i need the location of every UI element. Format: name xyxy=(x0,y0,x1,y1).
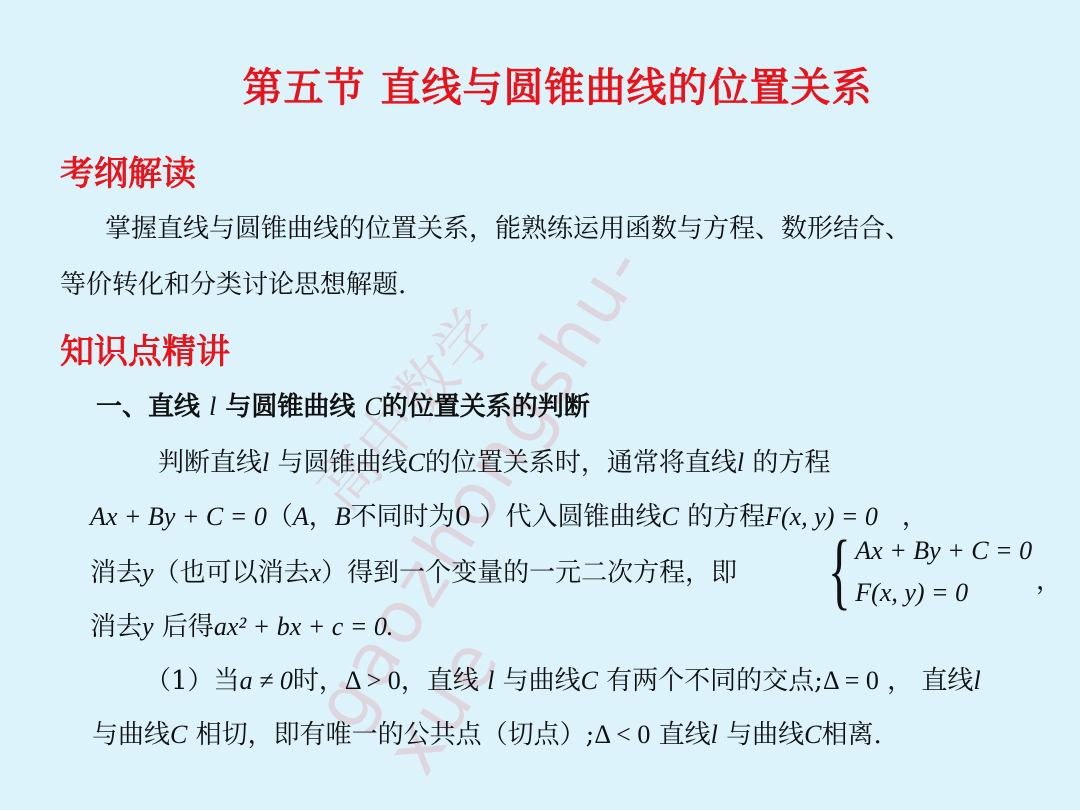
discriminant-zero: Δ = 0 xyxy=(823,666,879,695)
section-heading-knowledge: 知识点精讲 xyxy=(60,324,230,373)
text: 不同时为0 ） xyxy=(351,502,506,532)
condition: a ≠ 0 xyxy=(240,666,293,695)
text: 相切，即有唯一的公共点（切点）; xyxy=(187,720,594,750)
paragraph-2: Ax + By + C = 0（A，B不同时为0 ）代入圆锥曲线C 的方程F(x… xyxy=(90,496,928,533)
text: ， xyxy=(309,502,335,532)
var-y: y xyxy=(142,558,154,587)
text: ，直线 xyxy=(401,666,487,696)
quadratic-equation: ax² + bx + c = 0. xyxy=(214,612,394,641)
slide-title: 第五节 直线与圆锥曲线的位置关系 xyxy=(0,56,1080,113)
var-C: C xyxy=(364,392,381,421)
paragraph-4: 消去y 后得ax² + bx + c = 0. xyxy=(90,606,393,643)
var-A: A xyxy=(293,502,309,531)
text: ， 直线 xyxy=(879,666,974,696)
text: 与圆锥曲线 xyxy=(269,448,407,478)
text: ， xyxy=(902,502,928,532)
text: （1） xyxy=(145,666,214,696)
section-heading-syllabus: 考纲解读 xyxy=(60,146,196,195)
text: 相离. xyxy=(821,720,881,750)
paragraph-3: 消去y（也可以消去x）得到一个变量的一元二次方程，即 xyxy=(90,552,737,589)
text: 判断直线 xyxy=(158,448,262,478)
text: 与曲线 xyxy=(494,666,580,696)
var-l: l xyxy=(973,666,980,695)
var-B: B xyxy=(335,502,351,531)
discriminant-positive: Δ > 0 xyxy=(345,666,401,695)
text: 直线 xyxy=(650,720,710,750)
var-C: C xyxy=(804,720,821,749)
text: 的方程 xyxy=(679,502,765,532)
subheading-text: 与圆锥曲线 xyxy=(216,392,364,422)
system-eq-1: Ax + By + C = 0 xyxy=(855,530,1032,572)
subheading-text: 的位置关系的判断 xyxy=(382,392,590,422)
text: 消去 xyxy=(90,558,142,588)
paragraph-6: 与曲线C 相切，即有唯一的公共点（切点）;Δ < 0 直线l 与曲线C相离. xyxy=(92,714,882,751)
var-C: C xyxy=(661,502,678,531)
text: 的方程 xyxy=(744,448,830,478)
text: 时， xyxy=(293,666,345,696)
text: 的位置关系时，通常将直线 xyxy=(425,448,737,478)
line-equation: Ax + By + C = 0 xyxy=(90,502,267,531)
text: 当 xyxy=(214,666,240,696)
comma: ， xyxy=(1036,560,1062,597)
slide: gaozhongshu-xue 高中数学 第五节 直线与圆锥曲线的位置关系 考纲… xyxy=(0,0,1080,810)
text: 与曲线 xyxy=(718,720,804,750)
paragraph-1: 判断直线l 与圆锥曲线C的位置关系时，通常将直线l 的方程 xyxy=(158,442,830,479)
paragraph-5: （1）当a ≠ 0时，Δ > 0，直线 l 与曲线C 有两个不同的交点;Δ = … xyxy=(145,660,981,697)
var-l: l xyxy=(711,720,718,749)
discriminant-negative: Δ < 0 xyxy=(594,720,650,749)
var-C: C xyxy=(170,720,187,749)
brace-icon: { xyxy=(828,530,851,614)
syllabus-line-2: 等价转化和分类讨论思想解题. xyxy=(60,264,406,301)
subheading-judgement: 一、直线 l 与圆锥曲线 C的位置关系的判断 xyxy=(96,386,590,423)
var-C: C xyxy=(581,666,598,695)
var-x: x xyxy=(310,558,322,587)
subheading-text: 一、直线 xyxy=(96,392,209,422)
text: 与曲线 xyxy=(92,720,170,750)
var-C: C xyxy=(408,448,425,477)
text: 有两个不同的交点; xyxy=(598,666,823,696)
text: 后得 xyxy=(154,612,214,642)
syllabus-line-1: 掌握直线与圆锥曲线的位置关系，能熟练运用函数与方程、数形结合、 xyxy=(105,208,911,245)
system-eq-2: F(x, y) = 0 xyxy=(855,572,1032,614)
var-y: y xyxy=(142,612,154,641)
text: （ xyxy=(267,502,293,532)
curve-equation: F(x, y) = 0 xyxy=(765,502,878,531)
text: 代入圆锥曲线 xyxy=(505,502,661,532)
equation-system: { Ax + By + C = 0 F(x, y) = 0 xyxy=(828,530,1032,614)
text: ）得到一个变量的一元二次方程，即 xyxy=(321,558,737,588)
text: 消去 xyxy=(90,612,142,642)
text: （也可以消去 xyxy=(154,558,310,588)
